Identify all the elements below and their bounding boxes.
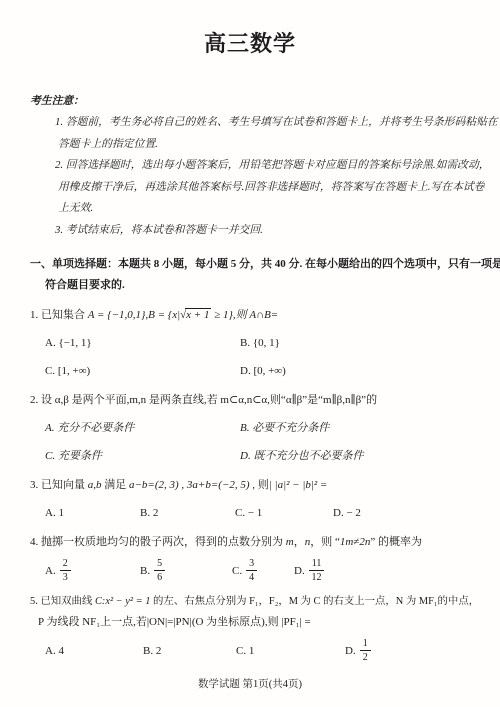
question-5-stem-line-2: P 为线段 NF₁上一点,若|ON|=|PN|(O 为坐标原点),则 |PF₁|… (38, 612, 480, 632)
q2-option-d: D. 既不充分也不必要条件 (240, 446, 363, 466)
q4-option-b: B.56 (140, 558, 232, 583)
exam-paper-page: 高三数学 考生注意： 1. 答题前，考生务必将自己的姓名、考生号填写在试卷和答题… (0, 0, 500, 707)
q4-option-c-label: C. (232, 561, 242, 581)
q3-options-row: A. 1 B. 2 C. − 1 D. − 2 (45, 503, 480, 523)
q3-text-1: 3. 已知向量 (30, 479, 88, 491)
q1-text: 1. 已知集合 (30, 309, 88, 321)
q1-math-tail: ≥ 1},则 A∩B= (211, 309, 278, 321)
q4-math-3: 1m≠2n (340, 536, 370, 548)
notice-item-2-line-1: 2. 回答选择题时，选出每小题答案后，用铅笔把答题卡对应题目的答案标号涂黑.如需… (55, 155, 472, 177)
fraction-denominator: 2 (363, 651, 368, 663)
q5-text-1: 5. 已知双曲线 (30, 596, 95, 607)
fraction-numerator: 5 (154, 558, 165, 571)
q4-option-a-label: A. (45, 561, 56, 581)
q1-math: A = {−1,0,1},B = {x| (88, 309, 180, 321)
q3-text-3: 则 (258, 479, 269, 491)
q1-option-b: B. {0, 1} (240, 333, 280, 353)
q1-sqrt-argument: x + 1 (185, 308, 211, 321)
q1-option-a: A. {−1, 1} (45, 333, 240, 353)
q3-math-3: | |a|² − |b|² = (269, 479, 328, 491)
page-title: 高三数学 (0, 0, 500, 58)
q2-option-a: A. 充分不必要条件 (45, 418, 240, 438)
q3-option-c: C. − 1 (235, 503, 333, 523)
q3-option-b: B. 2 (140, 503, 235, 523)
fraction-numerator: 1 (360, 638, 371, 651)
notice-heading: 考生注意： (30, 91, 472, 112)
notice-item-2-line-3: 上无效. (58, 198, 472, 220)
q1-options-row-2: C. [1, +∞) D. [0, +∞) (45, 361, 480, 381)
question-3: 3. 已知向量 a,b 满足 a−b=(2, 3) , 3a+b=(−2, 5)… (30, 475, 480, 523)
question-5: 5. 已知双曲线 C:x² − y² = 1 的左、右焦点分别为 F₁，F₂，M… (30, 592, 480, 663)
q1-options-row-1: A. {−1, 1} B. {0, 1} (45, 333, 480, 353)
q4-text-4: ” 的概率为 (370, 536, 422, 548)
q2-option-c: C. 充要条件 (45, 446, 240, 466)
question-4-stem: 4. 抛掷一枚质地均匀的骰子两次，得到的点数分别为 m，n，则 “1m≠2n” … (30, 532, 480, 552)
fraction-denominator: 4 (249, 571, 254, 583)
question-3-stem: 3. 已知向量 a,b 满足 a−b=(2, 3) , 3a+b=(−2, 5)… (30, 475, 480, 495)
q4-text-1: 4. 抛掷一枚质地均匀的骰子两次，得到的点数分别为 (30, 536, 286, 548)
notice-item-3-line-1: 3. 考试结束后，将本试卷和答题卡一并交回. (55, 220, 472, 242)
question-1: 1. 已知集合 A = {−1,0,1},B = {x|√x + 1 ≥ 1},… (30, 305, 480, 381)
q5-option-d-label: D. (345, 641, 356, 661)
fraction-numerator: 3 (246, 558, 257, 571)
fraction-numerator: 2 (60, 558, 71, 571)
q3-option-d: D. − 2 (333, 503, 361, 523)
q4-options-row: A.23 B.56 C.34 D.1112 (45, 558, 480, 583)
fraction-denominator: 12 (312, 571, 322, 583)
notice-item-1-line-2: 答题卡上的指定位置. (58, 134, 472, 156)
q5-options-row: A. 4 B. 2 C. 1 D.12 (45, 638, 480, 663)
fraction: 12 (360, 638, 371, 663)
fraction: 23 (60, 558, 71, 583)
q4-option-b-label: B. (140, 561, 150, 581)
q2-options-row-1: A. 充分不必要条件 B. 必要不充分条件 (45, 418, 480, 438)
q4-option-c: C.34 (232, 558, 294, 583)
q3-math-1: a,b (88, 479, 102, 491)
question-5-stem-line-1: 5. 已知双曲线 C:x² − y² = 1 的左、右焦点分别为 F₁，F₂，M… (30, 592, 480, 612)
q4-text-3: ，则 “ (310, 536, 340, 548)
q3-option-a: A. 1 (45, 503, 140, 523)
notice-item-1-line-1: 1. 答题前，考生务必将自己的姓名、考生号填写在试卷和答题卡上，并将考生号条形码… (55, 112, 472, 134)
q3-math-2: a−b=(2, 3) , 3a+b=(−2, 5) , (129, 479, 258, 491)
question-2: 2. 设 α,β 是两个平面,m,n 是两条直线,若 m⊂α,n⊂α,则“α∥β… (30, 390, 480, 466)
candidate-notice-section: 考生注意： 1. 答题前，考生务必将自己的姓名、考生号填写在试卷和答题卡上，并将… (30, 91, 472, 241)
q4-option-d-label: D. (294, 561, 305, 581)
question-2-stem: 2. 设 α,β 是两个平面,m,n 是两条直线,若 m⊂α,n⊂α,则“α∥β… (30, 390, 480, 410)
q4-option-d: D.1112 (294, 558, 324, 583)
q1-option-d: D. [0, +∞) (240, 361, 286, 381)
q5-math-1: C:x² − y² = 1 (95, 596, 150, 607)
fraction-denominator: 6 (157, 571, 162, 583)
fraction-denominator: 3 (63, 571, 68, 583)
q5-option-a: A. 4 (45, 641, 143, 661)
page-footer: 数学试题 第1页(共4页) (0, 676, 500, 691)
notice-item-2-line-2: 用橡皮擦干净后，再选涂其他答案标号.回答非选择题时，将答案写在答题卡上.写在本试… (58, 177, 472, 199)
notice-items: 1. 答题前，考生务必将自己的姓名、考生号填写在试卷和答题卡上，并将考生号条形码… (55, 112, 472, 241)
q5-text-2: 的左、右焦点分别为 F₁，F₂，M 为 C 的右支上一点，N 为 MF₁的中点， (150, 596, 479, 607)
fraction: 56 (154, 558, 165, 583)
q5-option-c: C. 1 (236, 641, 345, 661)
section-one-header-line-2: 符合题目要求的. (45, 275, 475, 296)
q3-text-2: 满足 (102, 479, 130, 491)
q2-option-b: B. 必要不充分条件 (240, 418, 329, 438)
fraction: 34 (246, 558, 257, 583)
q4-option-a: A.23 (45, 558, 140, 583)
section-one-header: 一、单项选择题：本题共 8 小题，每小题 5 分，共 40 分. 在每小题给出的… (30, 254, 475, 296)
q5-option-d: D.12 (345, 638, 371, 663)
q4-text-2: ， (294, 536, 305, 548)
fraction: 1112 (309, 558, 325, 583)
q5-option-b: B. 2 (143, 641, 236, 661)
section-one-header-line-1: 一、单项选择题：本题共 8 小题，每小题 5 分，共 40 分. 在每小题给出的… (30, 254, 475, 275)
fraction-numerator: 11 (309, 558, 325, 571)
q2-options-row-2: C. 充要条件 D. 既不充分也不必要条件 (45, 446, 480, 466)
question-list: 1. 已知集合 A = {−1,0,1},B = {x|√x + 1 ≥ 1},… (30, 305, 480, 663)
q1-option-c: C. [1, +∞) (45, 361, 240, 381)
question-4: 4. 抛掷一枚质地均匀的骰子两次，得到的点数分别为 m，n，则 “1m≠2n” … (30, 532, 480, 583)
question-1-stem: 1. 已知集合 A = {−1,0,1},B = {x|√x + 1 ≥ 1},… (30, 305, 480, 325)
q4-math-1: m (286, 536, 294, 548)
